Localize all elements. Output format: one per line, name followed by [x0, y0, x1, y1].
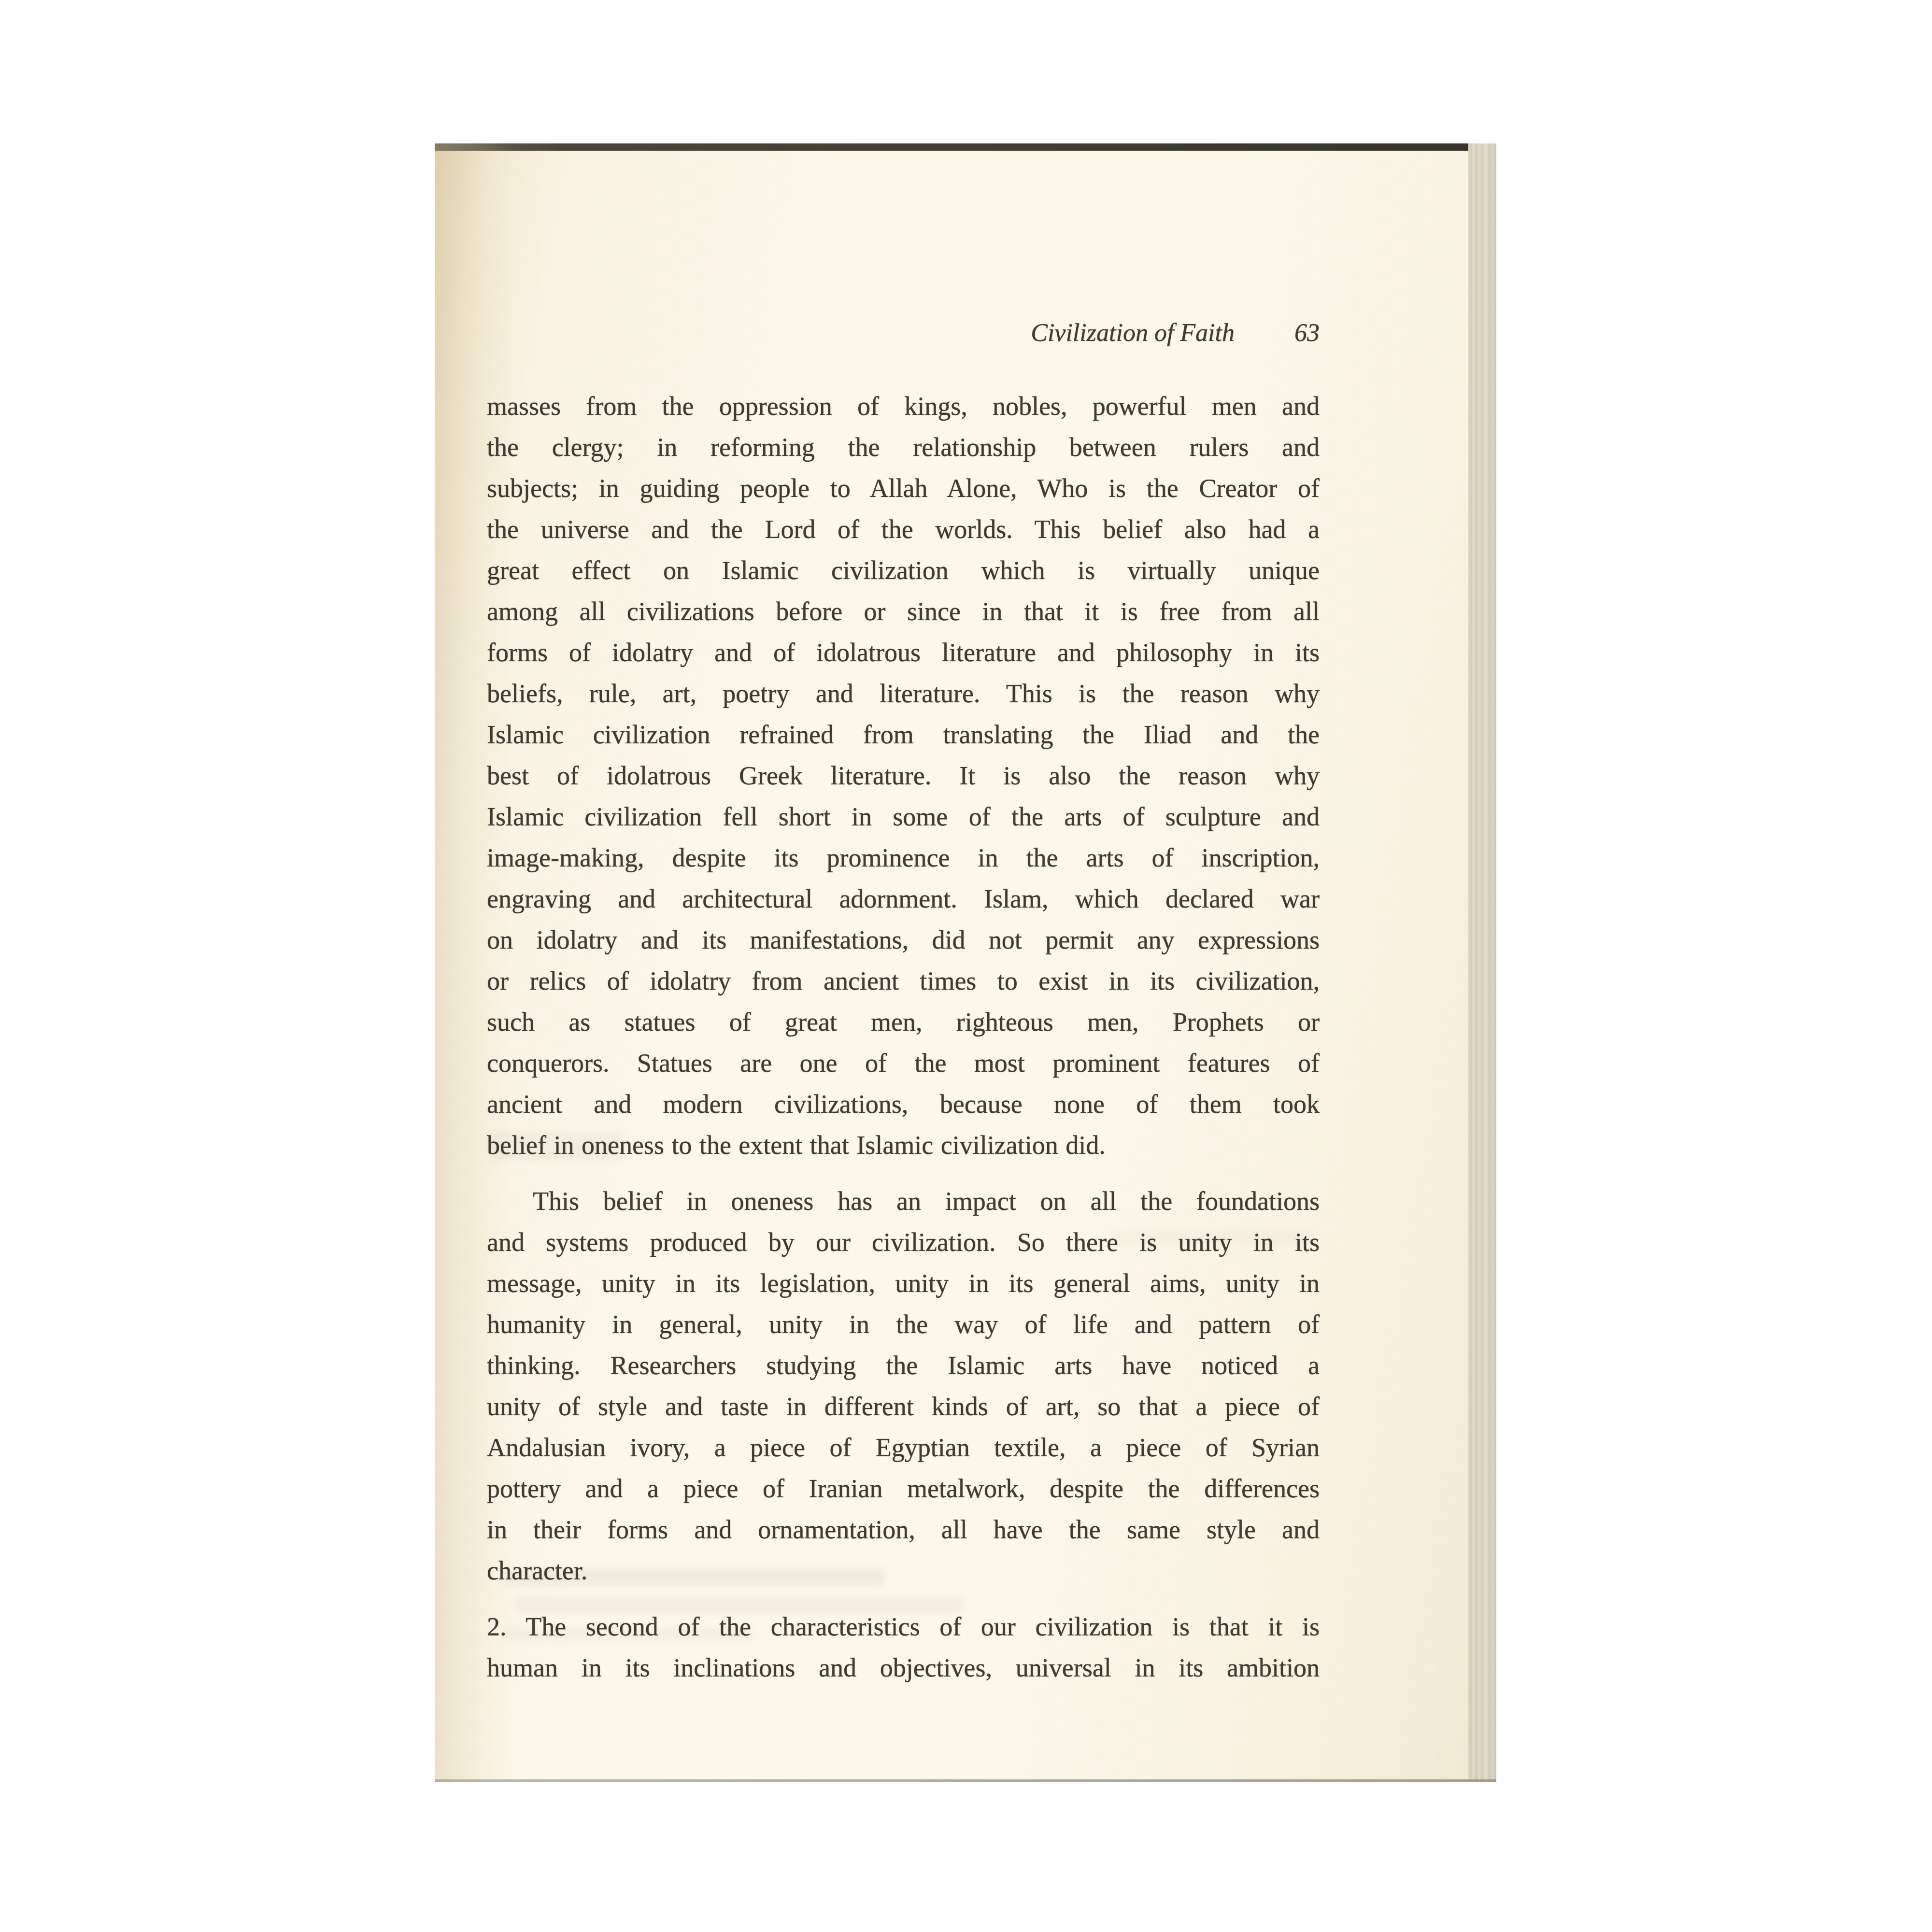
- paragraph: This belief in oneness has an impact on …: [487, 1181, 1320, 1591]
- paragraph: masses from the oppression of kings, nob…: [487, 386, 1320, 1166]
- text-line: the universe and the Lord of the worlds.…: [487, 509, 1320, 550]
- running-header-title: Civilization of Faith: [1031, 313, 1235, 354]
- scan-canvas: Civilization of Faith 63 masses from the…: [0, 0, 1932, 1932]
- text-line: human in its inclinations and objectives…: [487, 1648, 1320, 1689]
- text-line: great effect on Islamic civilization whi…: [487, 550, 1320, 591]
- scan-top-edge: [435, 143, 1496, 151]
- text-line: beliefs, rule, art, poetry and literatur…: [487, 673, 1320, 714]
- text-line: 2. The second of the characteristics of …: [487, 1606, 1320, 1648]
- text-column: Civilization of Faith 63 masses from the…: [487, 313, 1320, 1689]
- text-line: ancient and modern civilizations, becaus…: [487, 1084, 1320, 1125]
- text-line: belief in oneness to the extent that Isl…: [487, 1125, 1320, 1166]
- text-line: humanity in general, unity in the way of…: [487, 1304, 1320, 1345]
- book-page-scan: Civilization of Faith 63 masses from the…: [435, 143, 1496, 1782]
- paragraph: 2. The second of the characteristics of …: [487, 1606, 1320, 1689]
- text-line: Islamic civilization refrained from tran…: [487, 714, 1320, 755]
- text-line: subjects; in guiding people to Allah Alo…: [487, 468, 1320, 509]
- running-header: Civilization of Faith 63: [487, 313, 1320, 354]
- scan-bottom-edge: [435, 1779, 1496, 1782]
- text-line: or relics of idolatry from ancient times…: [487, 961, 1320, 1002]
- text-line: This belief in oneness has an impact on …: [487, 1181, 1320, 1222]
- text-line: forms of idolatry and of idolatrous lite…: [487, 632, 1320, 673]
- text-line: and systems produced by our civilization…: [487, 1222, 1320, 1263]
- text-line: unity of style and taste in different ki…: [487, 1386, 1320, 1427]
- text-line: engraving and architectural adornment. I…: [487, 879, 1320, 920]
- text-line: image-making, despite its prominence in …: [487, 838, 1320, 879]
- text-line: the clergy; in reforming the relationshi…: [487, 427, 1320, 468]
- text-line: among all civilizations before or since …: [487, 591, 1320, 632]
- text-line: in their forms and ornamentation, all ha…: [487, 1509, 1320, 1550]
- text-line: pottery and a piece of Iranian metalwork…: [487, 1468, 1320, 1509]
- text-line: conquerors. Statues are one of the most …: [487, 1043, 1320, 1084]
- text-line: on idolatry and its manifestations, did …: [487, 920, 1320, 961]
- text-line: masses from the oppression of kings, nob…: [487, 386, 1320, 427]
- text-line: character.: [487, 1550, 1320, 1591]
- text-line: best of idolatrous Greek literature. It …: [487, 755, 1320, 796]
- page-stack-edge: [1468, 143, 1496, 1782]
- text-line: Islamic civilization fell short in some …: [487, 796, 1320, 838]
- page-number: 63: [1294, 313, 1320, 354]
- text-line: thinking. Researchers studying the Islam…: [487, 1345, 1320, 1386]
- text-line: message, unity in its legislation, unity…: [487, 1263, 1320, 1304]
- text-line: Andalusian ivory, a piece of Egyptian te…: [487, 1427, 1320, 1468]
- text-line: such as statues of great men, righteous …: [487, 1002, 1320, 1043]
